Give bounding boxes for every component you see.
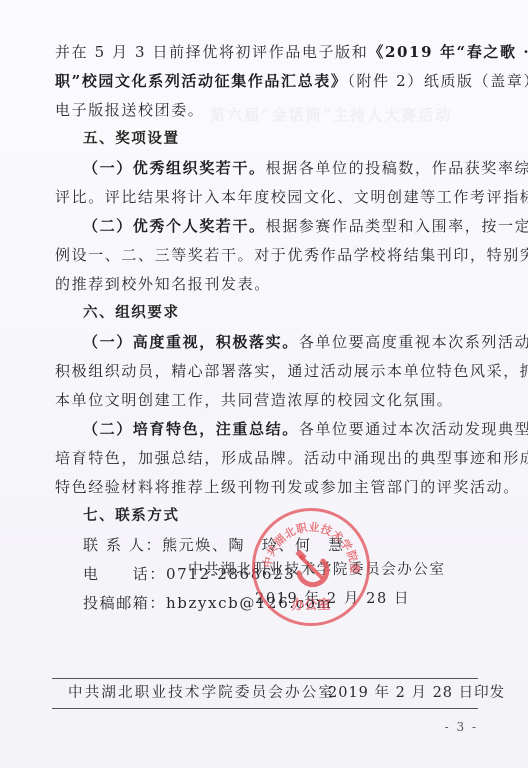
award-item-1-line-2: 评比。评比结果将计入本年度校园文化、文明创建等工作考评指标。	[55, 183, 479, 212]
intro-text: 并在 5 月 3 日前择优将初评作品电子版和	[55, 43, 368, 61]
page-number: - 3 -	[445, 720, 478, 734]
requirement-item-1-line-2: 积极组织动员，精心部署落实，通过活动展示本单位特色风采，抓实	[55, 357, 479, 386]
form-title-bold: 《2019 年“春之歌 · 美丽湖	[368, 43, 528, 61]
contact-person-value: 熊元焕、陶 玲、何 慧	[162, 536, 345, 554]
award-item-2-line-3: 的推荐到校外知名报刊发表。	[55, 270, 271, 299]
award-item-2-line-2: 例设一、二、三等奖若干。对于优秀作品学校将结集刊印，特别突出	[55, 241, 479, 270]
intro-line-1: 并在 5 月 3 日前择优将初评作品电子版和《2019 年“春之歌 · 美丽湖	[55, 38, 479, 67]
requirement-item-2-text: 各单位要通过本次活动发现典型，	[299, 420, 528, 438]
requirement-item-2-line-3: 特色经验材料将推荐上级刊物刊发或参加主管部门的评奖活动。	[55, 473, 520, 502]
requirement-item-1-title: （一）高度重视，积极落实。	[83, 333, 299, 351]
intro-line-2: 职”校园文化系列活动征集作品汇总表》（附件 2）纸质版（盖章）、	[55, 67, 479, 96]
contact-email-label: 投稿邮箱：	[83, 594, 166, 612]
intro-line-3: 电子版报送校团委。	[55, 96, 204, 125]
footer-issuer: 中共湖北职业技术学院委员会办公室	[68, 680, 335, 706]
requirement-item-1-line-3: 本单位文明创建工作，共同营造浓厚的校园文化氛围。	[55, 386, 453, 415]
requirement-item-1-line-1: （一）高度重视，积极落实。各单位要高度重视本次系列活动，	[83, 328, 479, 357]
contact-person-row: 联 系 人：熊元焕、陶 玲、何 慧	[83, 531, 345, 560]
contact-phone-label: 电 话：	[83, 565, 166, 583]
award-item-2-text: 根据参赛作品类型和入围率，按一定比	[266, 217, 528, 235]
requirement-item-2-line-2: 培育特色，加强总结，形成品牌。活动中涌现出的典型事迹和形成的	[55, 444, 479, 473]
signature-organization: 中共湖北职业技术学院委员会办公室	[188, 558, 446, 579]
requirement-item-1-text: 各单位要高度重视本次系列活动，	[299, 333, 528, 351]
footer-rule-top	[52, 678, 478, 679]
award-item-1-line-1: （一）优秀组织奖若干。根据各单位的投稿数，作品获奖率综合	[83, 154, 479, 183]
footer-issue-date: 2019 年 2 月 28 日印发	[328, 680, 505, 706]
award-item-1-title: （一）优秀组织奖若干。	[83, 159, 266, 177]
award-item-2-line-1: （二）优秀个人奖若干。根据参赛作品类型和入围率，按一定比	[83, 212, 479, 241]
requirement-item-2-title: （二）培育特色，注重总结。	[83, 420, 299, 438]
award-item-2-title: （二）优秀个人奖若干。	[83, 217, 266, 235]
award-item-1-text: 根据各单位的投稿数，作品获奖率综合	[266, 159, 528, 177]
section-heading-contact: 七、联系方式	[83, 502, 180, 531]
bleed-through-text: 第六届“金话筒”主持人大赛活动	[210, 104, 452, 125]
form-title-bold: 职”校园文化系列活动征集作品汇总表》	[55, 72, 347, 90]
document-page: 第六届“金话筒”主持人大赛活动 并在 5 月 3 日前择优将初评作品电子版和《2…	[0, 0, 528, 768]
section-heading-awards: 五、奖项设置	[83, 125, 180, 154]
signature-date: 2019 年 2 月 28 日	[255, 587, 410, 608]
footer-rule-bottom	[52, 708, 478, 709]
section-heading-requirements: 六、组织要求	[83, 299, 180, 328]
requirement-item-2-line-1: （二）培育特色，注重总结。各单位要通过本次活动发现典型，	[83, 415, 479, 444]
contact-person-label: 联 系 人：	[83, 536, 162, 554]
intro-text: （附件 2）纸质版（盖章）、	[347, 72, 528, 90]
